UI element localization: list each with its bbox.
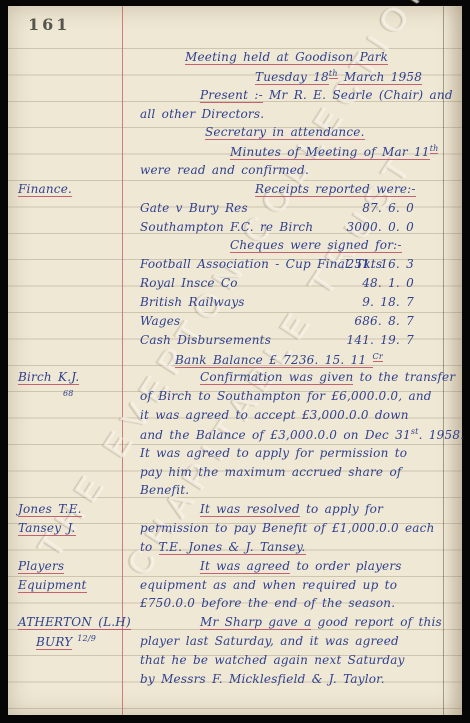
minute-line: British Railways9. 18. 7: [122, 295, 458, 314]
line-text: Mr Sharp gave a good report of this: [122, 615, 458, 629]
minute-line: were read and confirmed.: [122, 163, 458, 182]
text-segment: 68: [63, 389, 74, 398]
text-segment: It was agreed: [200, 559, 290, 574]
amount-value: 686. 8. 7: [302, 314, 414, 328]
minute-line: it was agreed to accept £3,000.0.0 down: [122, 408, 458, 427]
text-segment: Cash Disbursements: [140, 333, 271, 347]
minute-line: Cash Disbursements141. 19. 7: [122, 333, 458, 352]
minute-line: Cheques were signed for:-: [122, 238, 458, 257]
line-text: Minutes of Meeting of Mar 11th: [122, 144, 458, 159]
text-segment: Cheques were signed for:-: [230, 238, 402, 253]
text-segment: to apply for: [300, 502, 383, 516]
text-segment: of Birch to Southampton for £6,000.0.0, …: [140, 389, 432, 403]
minute-line: Jones T.E.It was resolved to apply for: [122, 502, 458, 521]
line-text: Tuesday 18th March 1958: [122, 69, 458, 84]
line-text: Meeting held at Goodison Park: [122, 50, 458, 64]
text-segment: Jones T.E.: [18, 502, 82, 517]
text-segment: st: [411, 427, 419, 436]
text-segment: were read and confirmed.: [140, 163, 309, 177]
text-segment: by Messrs F. Micklesfield & J. Taylor.: [140, 672, 385, 686]
minute-line: Birch K.J.Confirmation was given to the …: [122, 370, 458, 389]
text-segment: Confirmation was given: [200, 370, 353, 385]
minute-line: Equipmentequipment as and when required …: [122, 578, 458, 597]
line-text: all other Directors.: [122, 107, 458, 121]
line-text: Secretary in attendance.: [122, 125, 458, 139]
line-text: Benefit.: [122, 483, 458, 497]
text-segment: Benefit.: [140, 483, 189, 497]
text-segment: Mr Sharp gave a: [200, 615, 311, 630]
minute-line: BURY 12/9player last Saturday, and it wa…: [122, 634, 458, 653]
minute-line: and the Balance of £3,000.0.0 on Dec 31s…: [122, 427, 458, 446]
minute-line: Minutes of Meeting of Mar 11th: [122, 144, 458, 163]
minute-line: Finance.Receipts reported were:-: [122, 182, 458, 201]
text-segment: player last Saturday, and it was agreed: [140, 634, 399, 648]
text-segment: Birch K.J.: [18, 370, 79, 385]
text-segment: Tansey J.: [18, 521, 76, 536]
text-segment: BURY: [36, 635, 72, 650]
text-segment: to: [140, 540, 159, 554]
text-segment: It was agreed to apply for permission to: [140, 446, 407, 460]
line-text: permission to pay Benefit of £1,000.0.0 …: [122, 521, 458, 535]
minute-line: Football Association - Cup Final Tkts251…: [122, 257, 458, 276]
minute-line: Wages686. 8. 7: [122, 314, 458, 333]
text-segment: . 1958.: [419, 428, 465, 442]
text-segment: Mr R. E. Searle (Chair) and: [263, 88, 453, 102]
minute-line: Tansey J.permission to pay Benefit of £1…: [122, 521, 458, 540]
text-segment: Gate v Bury Res: [140, 201, 248, 215]
text-segment: Wages: [140, 314, 180, 328]
text-segment: T.E. Jones & J. Tansey.: [159, 540, 306, 555]
text-segment: Receipts reported were:-: [255, 182, 416, 197]
line-text: of Birch to Southampton for £6,000.0.0, …: [122, 389, 458, 403]
margin-note: Jones T.E.: [18, 502, 120, 516]
text-segment: pay him the maximum accrued share of: [140, 465, 402, 479]
minute-line: all other Directors.: [122, 107, 458, 126]
page-number: 161: [28, 15, 70, 34]
line-text: It was agreed to apply for permission to: [122, 446, 458, 460]
text-segment: March 1958: [338, 70, 422, 85]
minutes-lines: Meeting held at Goodison ParkTuesday 18t…: [122, 50, 458, 691]
minute-line: Tuesday 18th March 1958: [122, 69, 458, 88]
line-text: Confirmation was given to the transfer: [122, 370, 458, 384]
minute-line: Present :- Mr R. E. Searle (Chair) and: [122, 88, 458, 107]
text-segment: good report of this: [311, 615, 441, 629]
line-text: player last Saturday, and it was agreed: [122, 634, 458, 648]
margin-note: Tansey J.: [18, 521, 120, 535]
line-text: pay him the maximum accrued share of: [122, 465, 458, 479]
text-segment: Royal Insce Co: [140, 276, 238, 290]
margin-note: Birch K.J.: [18, 370, 120, 384]
line-text: It was agreed to order players: [122, 559, 458, 573]
text-segment: ATHERTON (L.H): [18, 615, 131, 630]
line-text: Receipts reported were:-: [122, 182, 458, 196]
margin-note: ATHERTON (L.H): [18, 615, 120, 629]
text-segment: £750.0.0 before the end of the season.: [140, 596, 395, 610]
line-text: it was agreed to accept £3,000.0.0 down: [122, 408, 458, 422]
minute-line: ATHERTON (L.H)Mr Sharp gave a good repor…: [122, 615, 458, 634]
amount-value: 48. 1. 0: [302, 276, 414, 290]
amount-value: 3000. 0. 0: [302, 220, 414, 234]
margin-note: Players: [18, 559, 120, 573]
margin-note: BURY 12/9: [18, 634, 138, 649]
line-text: Bank Balance £ 7236. 15. 11 Cr: [122, 352, 458, 367]
text-segment: Finance.: [18, 182, 72, 197]
text-segment: Equipment: [18, 578, 87, 593]
minute-line: Meeting held at Goodison Park: [122, 50, 458, 69]
line-text: It was resolved to apply for: [122, 502, 458, 516]
line-text: that he be watched again next Saturday: [122, 653, 458, 667]
margin-note: 68: [18, 389, 165, 404]
minute-line: by Messrs F. Micklesfield & J. Taylor.: [122, 672, 458, 691]
minute-line: to T.E. Jones & J. Tansey.: [122, 540, 458, 559]
text-segment: it was agreed to accept £3,000.0.0 down: [140, 408, 409, 422]
text-segment: Minutes of Meeting of Mar 11: [230, 145, 430, 160]
line-text: by Messrs F. Micklesfield & J. Taylor.: [122, 672, 458, 686]
line-text: Present :- Mr R. E. Searle (Chair) and: [122, 88, 458, 102]
margin-note: Equipment: [18, 578, 120, 592]
minute-line: Bank Balance £ 7236. 15. 11 Cr: [122, 352, 458, 371]
text-segment: Cr: [373, 352, 383, 362]
text-segment: Present :-: [200, 88, 263, 103]
text-segment: th: [430, 144, 439, 154]
minute-line: that he be watched again next Saturday: [122, 653, 458, 672]
text-segment: British Railways: [140, 295, 245, 309]
minute-line: Gate v Bury Res87. 6. 0: [122, 201, 458, 220]
text-segment: that he be watched again next Saturday: [140, 653, 405, 667]
text-segment: It was resolved: [200, 502, 300, 517]
line-text: and the Balance of £3,000.0.0 on Dec 31s…: [122, 427, 458, 442]
line-text: Cheques were signed for:-: [122, 238, 458, 252]
text-segment: 12/9: [72, 634, 96, 643]
text-segment: and the Balance of £3,000.0.0 on Dec 31: [140, 428, 411, 442]
amount-value: 141. 19. 7: [302, 333, 414, 347]
amount-value: 9. 18. 7: [302, 295, 414, 309]
minute-line: 68of Birch to Southampton for £6,000.0.0…: [122, 389, 458, 408]
minute-line: PlayersIt was agreed to order players: [122, 559, 458, 578]
ledger-page: THE EVERTON COLLECTION CHARITABLE TRUST …: [8, 6, 462, 715]
minute-line: It was agreed to apply for permission to: [122, 446, 458, 465]
margin-note: Finance.: [18, 182, 120, 196]
text-segment: to order players: [290, 559, 401, 573]
text-segment: Bank Balance £ 7236. 15. 11: [175, 353, 373, 368]
text-segment: permission to pay Benefit of £1,000.0.0 …: [140, 521, 435, 535]
text-segment: th: [329, 69, 338, 79]
text-segment: to the transfer: [353, 370, 455, 384]
minute-line: Royal Insce Co48. 1. 0: [122, 276, 458, 295]
amount-value: 251. 16. 3: [302, 257, 414, 271]
minute-line: Secretary in attendance.: [122, 125, 458, 144]
text-segment: Southampton F.C. re Birch: [140, 220, 313, 234]
line-text: were read and confirmed.: [122, 163, 458, 177]
amount-value: 87. 6. 0: [302, 201, 414, 215]
text-segment: all other Directors.: [140, 107, 264, 121]
text-segment: Players: [18, 559, 64, 574]
minute-line: pay him the maximum accrued share of: [122, 465, 458, 484]
minute-line: £750.0.0 before the end of the season.: [122, 596, 458, 615]
text-segment: Tuesday 18: [255, 70, 329, 85]
text-segment: Meeting held at Goodison Park: [185, 50, 388, 65]
line-text: equipment as and when required up to: [122, 578, 458, 592]
minute-line: Benefit.: [122, 483, 458, 502]
minute-line: Southampton F.C. re Birch3000. 0. 0: [122, 220, 458, 239]
text-segment: Secretary in attendance.: [205, 125, 365, 140]
text-segment: equipment as and when required up to: [140, 578, 397, 592]
line-text: to T.E. Jones & J. Tansey.: [122, 540, 458, 554]
line-text: £750.0.0 before the end of the season.: [122, 596, 458, 610]
